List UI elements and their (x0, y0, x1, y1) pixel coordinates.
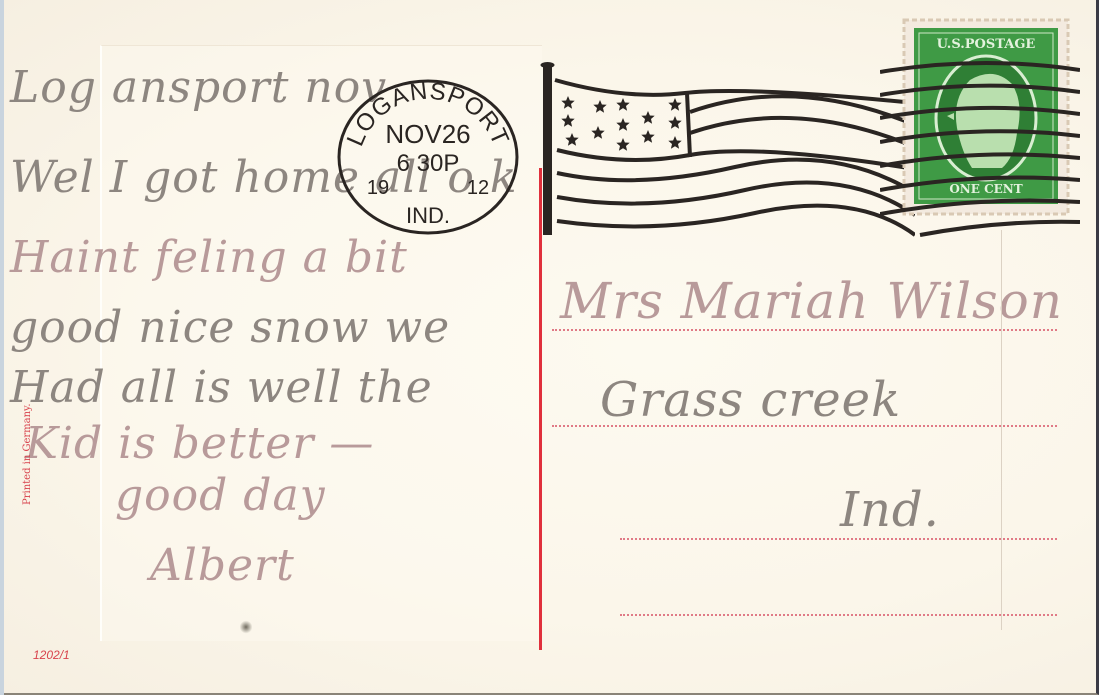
message-line-1: Log ansport nov (10, 62, 387, 113)
flag-cancel-icon (535, 55, 915, 245)
postcard-back: Log ansport nov Wel I got home all o k H… (0, 0, 1099, 695)
smudge-mark (240, 620, 252, 634)
catalog-code: 1202/1 (33, 648, 70, 662)
stamp-guide-line (1001, 230, 1002, 630)
postmark-date: NOV26 (385, 119, 470, 149)
address-town: Grass creek (600, 372, 901, 428)
flag-stars (561, 96, 681, 151)
message-line-3: Haint feling a bit (10, 232, 408, 283)
address-state: Ind. (840, 482, 940, 538)
message-line-4: good nice snow we (10, 302, 450, 353)
postmark-time: 6 30P (397, 150, 460, 177)
cancel-wavy-lines (880, 50, 1080, 240)
address-line-3 (620, 538, 1057, 540)
postmark-year-left: 19 (367, 177, 389, 199)
postmark-year-right: 12 (467, 177, 489, 199)
address-line-4 (620, 614, 1057, 616)
address-line-2 (552, 425, 1057, 427)
message-line-6: Kid is better — (25, 418, 374, 469)
message-line-5: Had all is well the (10, 362, 433, 413)
logansport-postmark: LOGANSPORT NOV26 6 30P 19 12 IND. (336, 77, 520, 235)
postmark-state: IND. (406, 203, 450, 228)
address-line-1 (552, 329, 1057, 331)
message-line-7: good day (115, 470, 326, 521)
message-signature: Albert (150, 540, 295, 591)
printed-in-germany-note: Printed in Germany. (22, 403, 33, 505)
scan-edge (0, 0, 4, 695)
address-recipient: Mrs Mariah Wilson (560, 272, 1063, 330)
